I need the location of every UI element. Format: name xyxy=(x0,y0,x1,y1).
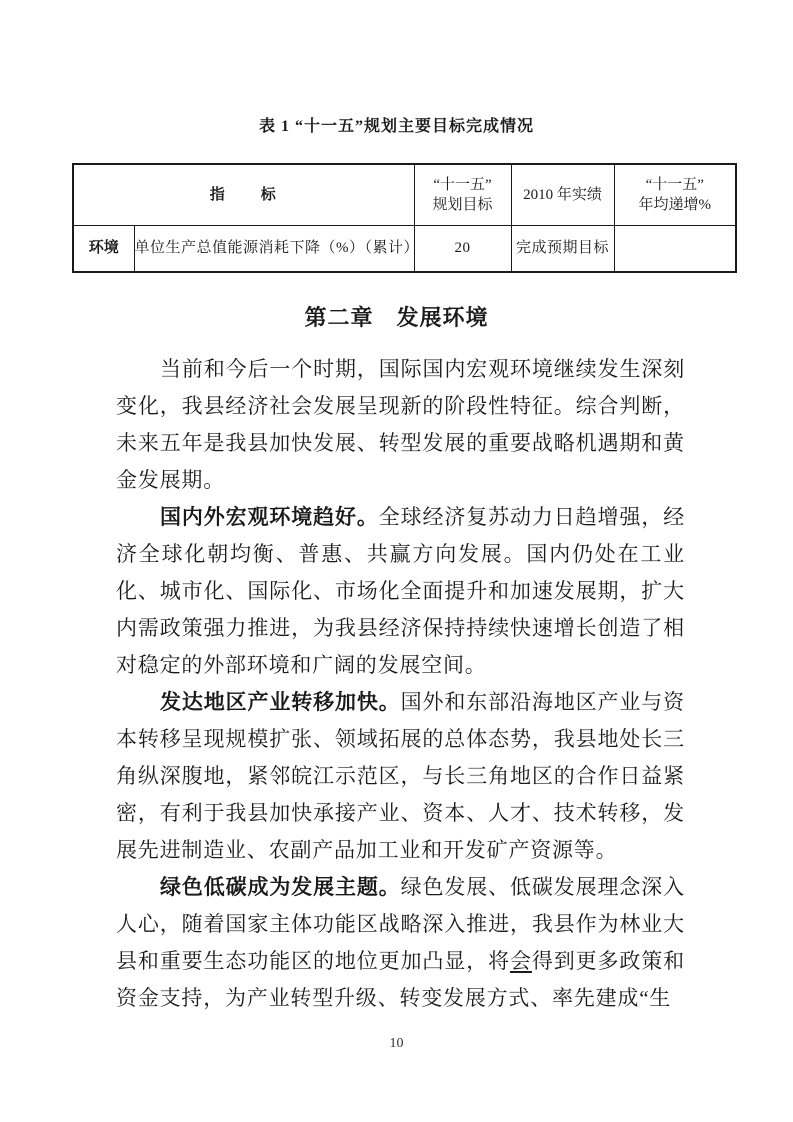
cell-2010-actual: 完成预期目标 xyxy=(511,226,614,273)
page-number: 10 xyxy=(0,1036,793,1052)
header-plan-target: “十一五” 规划目标 xyxy=(414,164,511,226)
chapter-heading: 第二章 发展环境 xyxy=(0,303,793,333)
paragraph-1: 当前和今后一个时期，国际国内宏观环境继续发生深刻变化，我县经济社会发展呈现新的阶… xyxy=(116,351,685,499)
targets-table: 指 标 “十一五” 规划目标 2010 年实绩 “十一五” 年均递增% 环境 单… xyxy=(72,163,737,273)
paragraph-1-text: 当前和今后一个时期，国际国内宏观环境继续发生深刻变化，我县经济社会发展呈现新的阶… xyxy=(116,357,685,492)
header-2010-actual: 2010 年实绩 xyxy=(511,164,614,226)
paragraph-3: 发达地区产业转移加快。国外和东部沿海地区产业与资本转移呈现规模扩张、领域拓展的总… xyxy=(116,684,685,869)
cell-indicator: 单位生产总值能源消耗下降（%）（累计） xyxy=(134,226,414,273)
header-plan-target-line1: “十一五” xyxy=(415,175,511,195)
paragraph-4-lead: 绿色低碳成为发展主题。 xyxy=(160,875,401,899)
paragraph-3-text: 国外和东部沿海地区产业与资本转移呈现规模扩张、领域拓展的总体态势，我县地处长三角… xyxy=(116,690,685,862)
table-header-row: 指 标 “十一五” 规划目标 2010 年实绩 “十一五” 年均递增% xyxy=(73,164,736,226)
table-caption: 表 1 “十一五”规划主要目标完成情况 xyxy=(0,116,793,138)
paragraph-3-lead: 发达地区产业转移加快。 xyxy=(160,690,401,714)
body-text: 当前和今后一个时期，国际国内宏观环境继续发生深刻变化，我县经济社会发展呈现新的阶… xyxy=(116,351,685,1017)
cell-plan-target: 20 xyxy=(414,226,511,273)
table-row: 环境 单位生产总值能源消耗下降（%）（累计） 20 完成预期目标 xyxy=(73,226,736,273)
header-annual-growth-line1: “十一五” xyxy=(615,175,736,195)
underlined-character: 会 xyxy=(510,949,532,973)
cell-category: 环境 xyxy=(73,226,134,273)
document-page: 表 1 “十一五”规划主要目标完成情况 指 标 “十一五” 规划目标 2010 … xyxy=(0,0,793,1122)
header-indicator: 指 标 xyxy=(73,164,414,226)
header-annual-growth-line2: 年均递增% xyxy=(615,195,736,215)
header-annual-growth: “十一五” 年均递增% xyxy=(614,164,736,226)
header-plan-target-line2: 规划目标 xyxy=(415,195,511,215)
cell-annual-growth xyxy=(614,226,736,273)
paragraph-4: 绿色低碳成为发展主题。绿色发展、低碳发展理念深入人心，随着国家主体功能区战略深入… xyxy=(116,869,685,1017)
paragraph-2: 国内外宏观环境趋好。全球经济复苏动力日趋增强，经济全球化朝均衡、普惠、共赢方向发… xyxy=(116,499,685,684)
paragraph-2-lead: 国内外宏观环境趋好。 xyxy=(160,505,379,529)
paragraph-2-text: 全球经济复苏动力日趋增强，经济全球化朝均衡、普惠、共赢方向发展。国内仍处在工业化… xyxy=(116,505,685,677)
